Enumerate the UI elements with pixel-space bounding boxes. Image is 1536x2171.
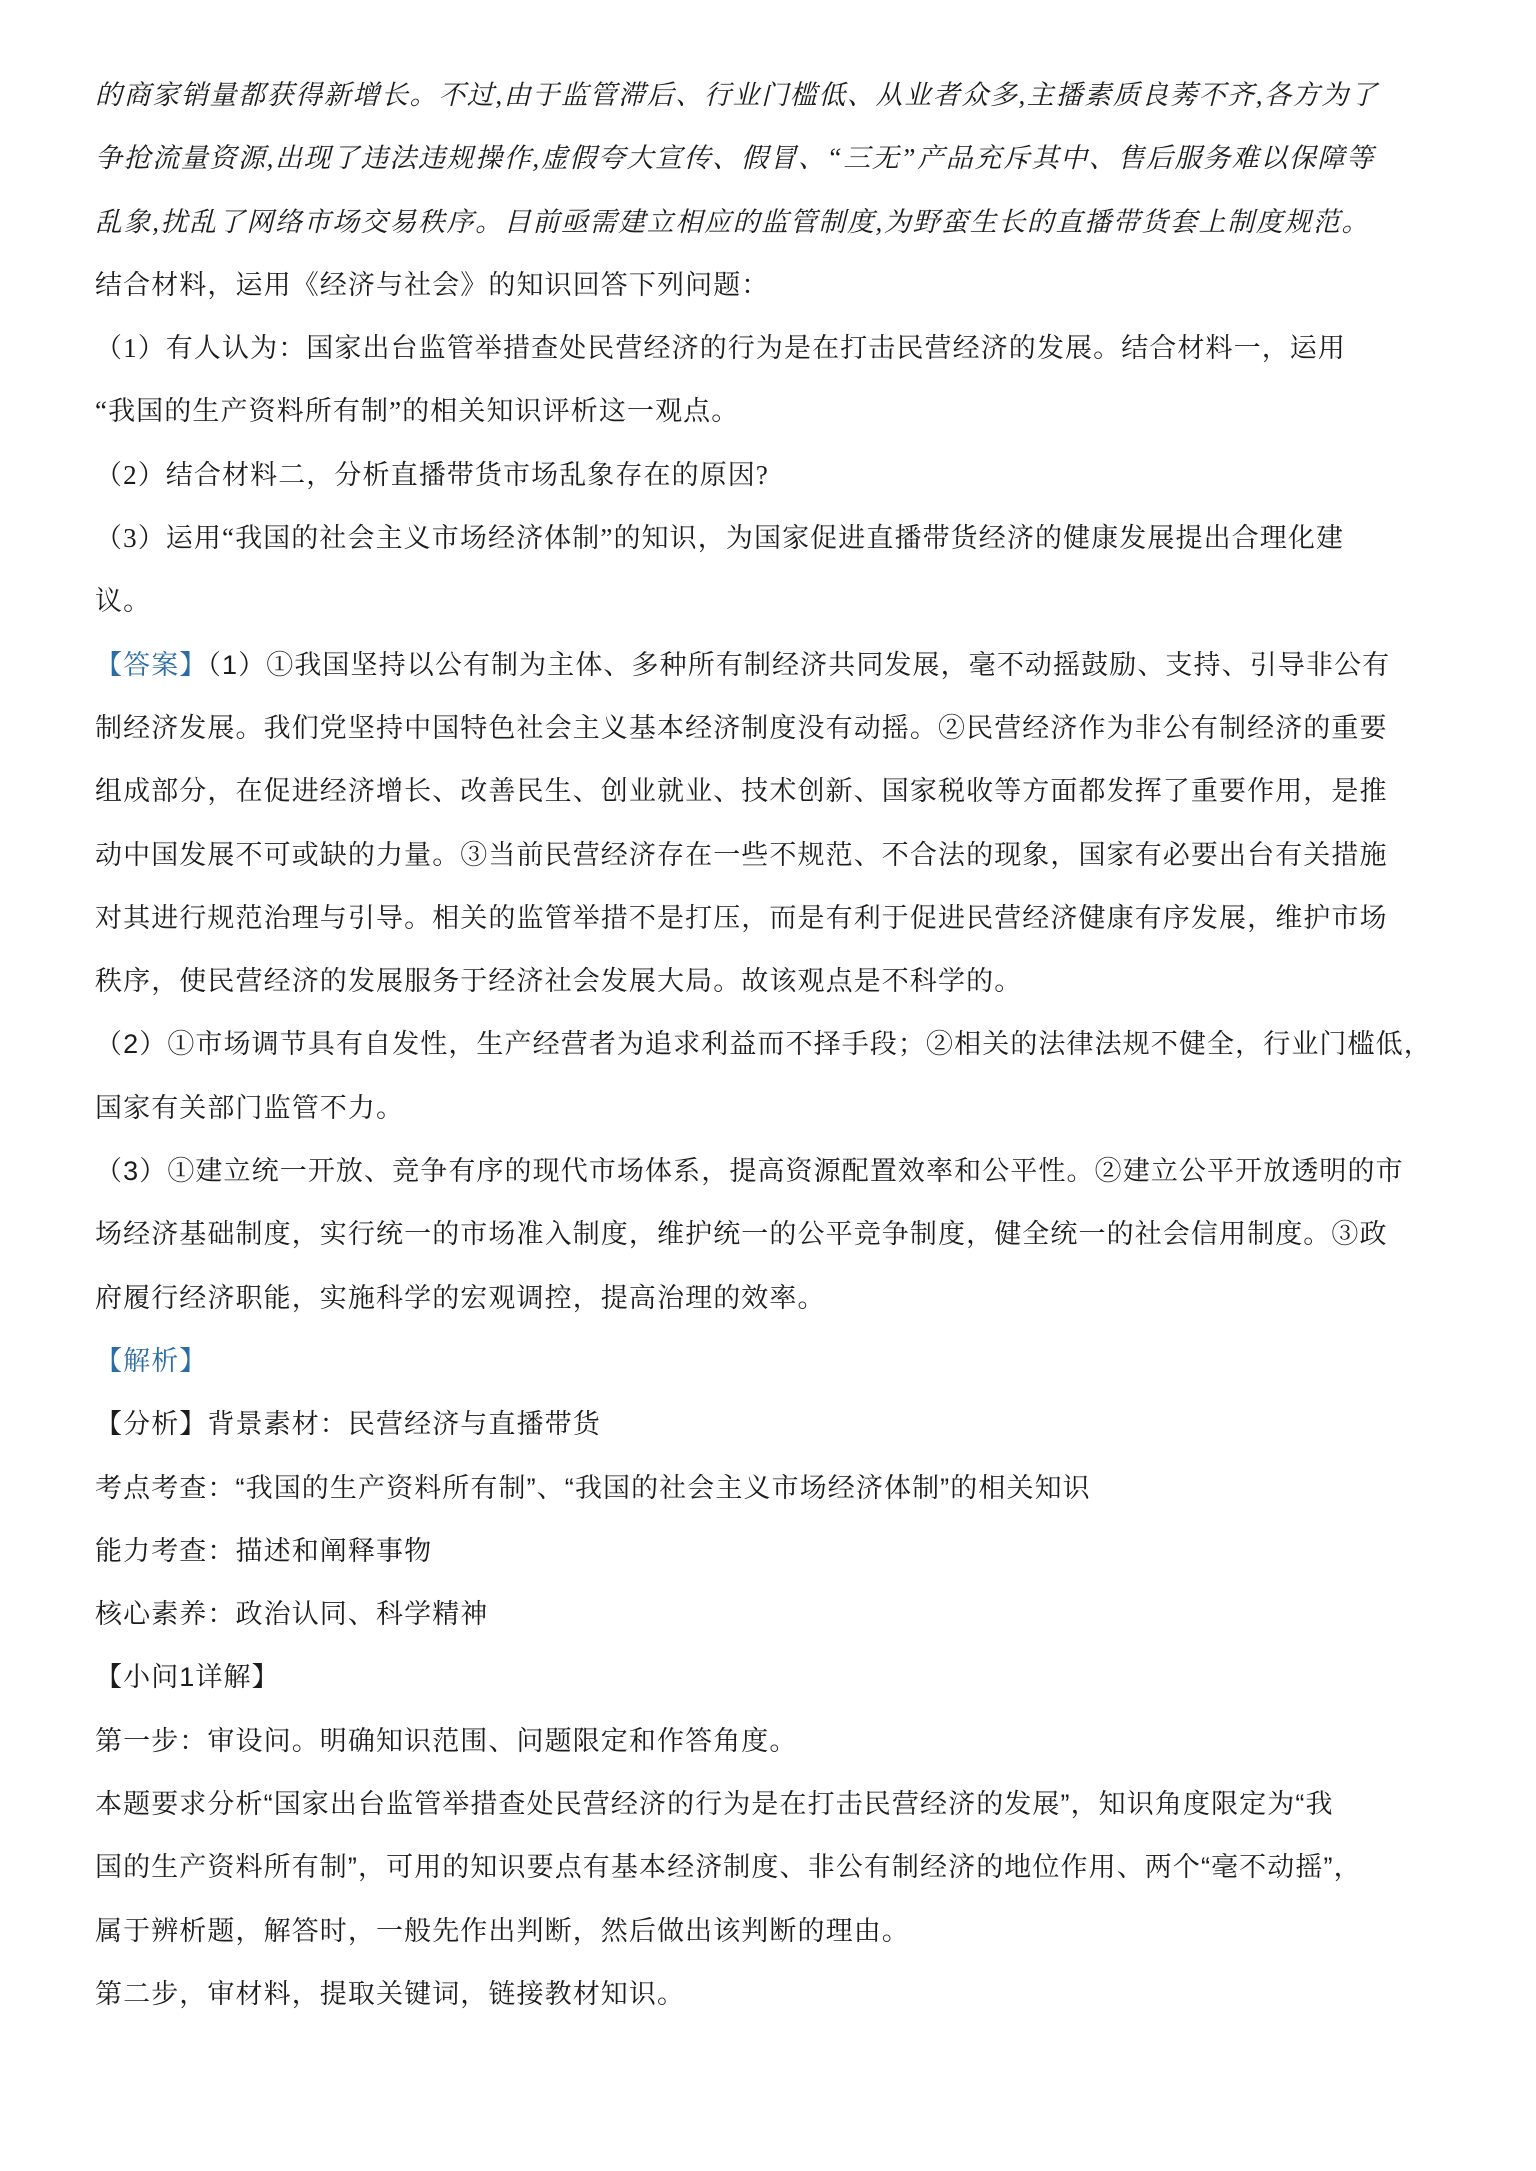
text-segment: 能力考查：描述和阐释事物 xyxy=(95,1536,432,1566)
text-segment: 场经济基础制度，实行统一的市场准入制度，维护统一的公平竞争制度，健全统一的社会信… xyxy=(95,1219,1388,1249)
text-line: 【小问1详解】 xyxy=(95,1646,1445,1709)
text-line: 府履行经济职能，实施科学的宏观调控，提高治理的效率。 xyxy=(95,1267,1445,1330)
text-line: 制经济发展。我们党坚持中国特色社会主义基本经济制度没有动摇。②民营经济作为非公有… xyxy=(95,697,1445,760)
text-line: 对其进行规范治理与引导。相关的监管举措不是打压，而是有利于促进民营经济健康有序发… xyxy=(95,887,1445,950)
text-segment: 本题要求分析“国家出台监管举措查处民营经济的行为是在打击民营经济的发展”，知识角… xyxy=(95,1789,1334,1819)
text-line: 场经济基础制度，实行统一的市场准入制度，维护统一的公平竞争制度，健全统一的社会信… xyxy=(95,1203,1445,1266)
text-line: （2）①市场调节具有自发性，生产经营者为追求利益而不择手段；②相关的法律法规不健… xyxy=(95,1013,1445,1076)
text-line: （1）有人认为：国家出台监管举措查处民营经济的行为是在打击民营经济的发展。结合材… xyxy=(95,317,1445,380)
text-segment: 秩序，使民营经济的发展服务于经济社会发展大局。故该观点是不科学的。 xyxy=(95,966,1022,996)
text-segment: （2）结合材料二，分析直播带货市场乱象存在的原因? xyxy=(95,460,769,490)
text-segment: 第二步，审材料，提取关键词，链接教材知识。 xyxy=(95,1979,685,2009)
text-line: 国家有关部门监管不力。 xyxy=(95,1077,1445,1140)
text-line: 核心素养：政治认同、科学精神 xyxy=(95,1583,1445,1646)
text-line: 第二步，审材料，提取关键词，链接教材知识。 xyxy=(95,1963,1445,2026)
text-line: （3）运用“我国的社会主义市场经济体制”的知识，为国家促进直播带货经济的健康发展… xyxy=(95,507,1445,570)
text-line: 【答案】（1）①我国坚持以公有制为主体、多种所有制经济共同发展，毫不动摇鼓励、支… xyxy=(95,634,1445,697)
text-line: 考点考查：“我国的生产资料所有制”、“我国的社会主义市场经济体制”的相关知识 xyxy=(95,1457,1445,1520)
text-line: “我国的生产资料所有制”的相关知识评析这一观点。 xyxy=(95,380,1445,443)
text-segment: 结合材料，运用《经济与社会》的知识回答下列问题： xyxy=(95,270,769,300)
text-line: （2）结合材料二，分析直播带货市场乱象存在的原因? xyxy=(95,444,1445,507)
text-line: 国的生产资料所有制”，可用的知识要点有基本经济制度、非公有制经济的地位作用、两个… xyxy=(95,1836,1445,1899)
text-segment: （1）有人认为：国家出台监管举措查处民营经济的行为是在打击民营经济的发展。结合材… xyxy=(95,333,1346,363)
text-segment: 议。 xyxy=(95,586,151,616)
text-segment: 组成部分，在促进经济增长、改善民生、创业就业、技术创新、国家税收等方面都发挥了重… xyxy=(95,776,1388,806)
text-segment: 府履行经济职能，实施科学的宏观调控，提高治理的效率。 xyxy=(95,1283,826,1313)
text-line: 动中国发展不可或缺的力量。③当前民营经济存在一些不规范、不合法的现象，国家有必要… xyxy=(95,824,1445,887)
text-line: 【分析】背景素材：民营经济与直播带货 xyxy=(95,1393,1445,1456)
document-text-block: 的商家销量都获得新增长。不过,由于监管滞后、行业门槛低、从业者众多,主播素质良莠… xyxy=(95,64,1445,2026)
text-segment: 争抢流量资源,出现了违法违规操作,虚假夸大宣传、假冒、“三无”产品充斥其中、售后… xyxy=(95,143,1375,173)
text-line: 议。 xyxy=(95,570,1445,633)
text-line: 属于辨析题，解答时，一般先作出判断，然后做出该判断的理由。 xyxy=(95,1900,1445,1963)
text-line: 争抢流量资源,出现了违法违规操作,虚假夸大宣传、假冒、“三无”产品充斥其中、售后… xyxy=(95,127,1445,190)
text-line: （3）①建立统一开放、竞争有序的现代市场体系，提高资源配置效率和公平性。②建立公… xyxy=(95,1140,1445,1203)
text-segment: 制经济发展。我们党坚持中国特色社会主义基本经济制度没有动摇。②民营经济作为非公有… xyxy=(95,713,1388,743)
text-line: 乱象,扰乱了网络市场交易秩序。目前亟需建立相应的监管制度,为野蛮生长的直播带货套… xyxy=(95,191,1445,254)
text-segment: 国的生产资料所有制”，可用的知识要点有基本经济制度、非公有制经济的地位作用、两个… xyxy=(95,1852,1362,1882)
text-segment: 考点考查：“我国的生产资料所有制”、“我国的社会主义市场经济体制”的相关知识 xyxy=(95,1473,1091,1503)
section-label: 【答案】 xyxy=(95,650,207,680)
text-segment: 对其进行规范治理与引导。相关的监管举措不是打压，而是有利于促进民营经济健康有序发… xyxy=(95,903,1388,933)
text-segment: 核心素养：政治认同、科学精神 xyxy=(95,1599,488,1629)
section-label: 【解析】 xyxy=(95,1346,207,1376)
text-segment: 乱象,扰乱了网络市场交易秩序。目前亟需建立相应的监管制度,为野蛮生长的直播带货套… xyxy=(95,207,1370,237)
text-segment: （1）①我国坚持以公有制为主体、多种所有制经济共同发展，毫不动摇鼓励、支持、引导… xyxy=(207,650,1390,680)
text-line: 组成部分，在促进经济增长、改善民生、创业就业、技术创新、国家税收等方面都发挥了重… xyxy=(95,760,1445,823)
text-line: 第一步：审设问。明确知识范围、问题限定和作答角度。 xyxy=(95,1710,1445,1773)
text-segment: 的商家销量都获得新增长。不过,由于监管滞后、行业门槛低、从业者众多,主播素质良莠… xyxy=(95,80,1378,110)
text-segment: “我国的生产资料所有制”的相关知识评析这一观点。 xyxy=(95,396,739,426)
text-segment: 国家有关部门监管不力。 xyxy=(95,1093,404,1123)
document-page: 的商家销量都获得新增长。不过,由于监管滞后、行业门槛低、从业者众多,主播素质良莠… xyxy=(0,0,1536,2171)
text-line: 秩序，使民营经济的发展服务于经济社会发展大局。故该观点是不科学的。 xyxy=(95,950,1445,1013)
text-segment: 【分析】背景素材：民营经济与直播带货 xyxy=(95,1409,601,1439)
text-line: 能力考查：描述和阐释事物 xyxy=(95,1520,1445,1583)
text-segment: 动中国发展不可或缺的力量。③当前民营经济存在一些不规范、不合法的现象，国家有必要… xyxy=(95,840,1388,870)
text-segment: 属于辨析题，解答时，一般先作出判断，然后做出该判断的理由。 xyxy=(95,1916,910,1946)
text-line: 本题要求分析“国家出台监管举措查处民营经济的行为是在打击民营经济的发展”，知识角… xyxy=(95,1773,1445,1836)
text-segment: （2）①市场调节具有自发性，生产经营者为追求利益而不择手段；②相关的法律法规不健… xyxy=(95,1029,1432,1059)
text-segment: （3）运用“我国的社会主义市场经济体制”的知识，为国家促进直播带货经济的健康发展… xyxy=(95,523,1344,553)
text-line: 结合材料，运用《经济与社会》的知识回答下列问题： xyxy=(95,254,1445,317)
text-segment: 【小问1详解】 xyxy=(95,1662,280,1692)
text-segment: 第一步：审设问。明确知识范围、问题限定和作答角度。 xyxy=(95,1726,798,1756)
text-line: 的商家销量都获得新增长。不过,由于监管滞后、行业门槛低、从业者众多,主播素质良莠… xyxy=(95,64,1445,127)
text-line: 【解析】 xyxy=(95,1330,1445,1393)
text-segment: （3）①建立统一开放、竞争有序的现代市场体系，提高资源配置效率和公平性。②建立公… xyxy=(95,1156,1404,1186)
